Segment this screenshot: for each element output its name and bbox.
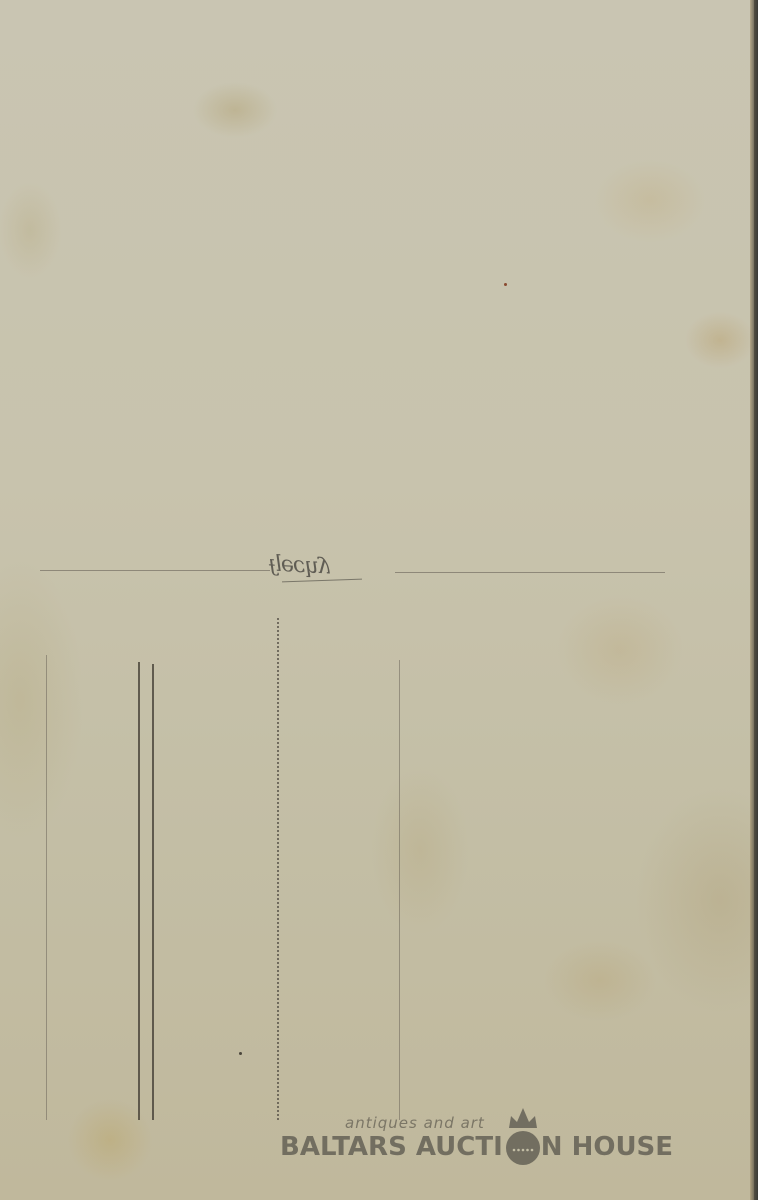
watermark-tagline: antiques and art bbox=[345, 1114, 485, 1132]
ink-speck bbox=[239, 1052, 242, 1055]
signature-underline bbox=[282, 579, 362, 583]
postcard-back: ʎɥɔǝlɟ antiques and art BALTARS AUCTIN H… bbox=[0, 0, 754, 1200]
ink-speck bbox=[504, 283, 507, 286]
vertical-line-4 bbox=[277, 618, 279, 1120]
watermark-brand-part2: N HOUSE bbox=[541, 1132, 673, 1162]
vertical-line-3 bbox=[152, 664, 154, 1120]
divider-line-right bbox=[395, 572, 665, 573]
crown-over-circle-icon bbox=[503, 1104, 543, 1168]
vertical-line-2 bbox=[138, 662, 140, 1120]
vertical-line-5 bbox=[399, 660, 400, 1120]
auction-house-watermark: antiques and art BALTARS AUCTIN HOUSE bbox=[280, 1104, 680, 1168]
handwritten-signature: ʎɥɔǝlɟ bbox=[269, 551, 330, 579]
divider-line-left bbox=[40, 570, 270, 571]
vertical-line-1 bbox=[46, 655, 47, 1120]
watermark-brand-part1: BALTARS AUCTI bbox=[280, 1132, 503, 1162]
watermark-brand: BALTARS AUCTIN HOUSE bbox=[280, 1132, 673, 1162]
